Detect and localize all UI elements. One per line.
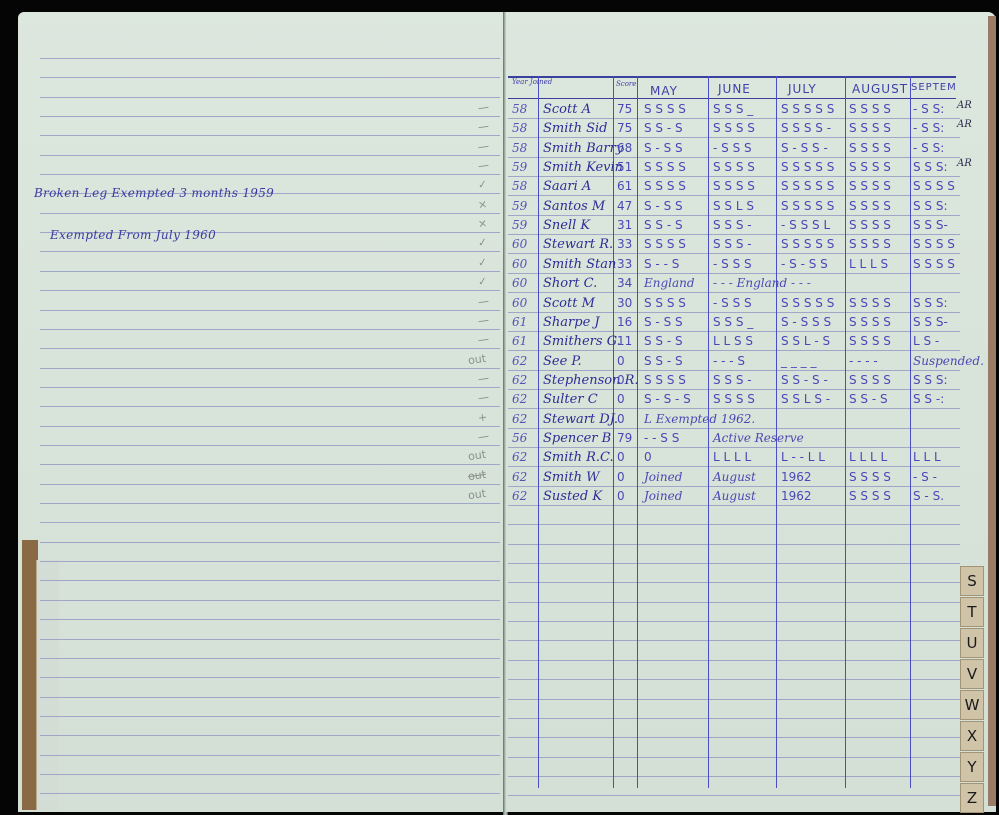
cell-year: 62 — [512, 412, 527, 426]
cell-may: S S S S — [644, 373, 686, 387]
cell-september: Suspended. — [913, 354, 984, 368]
right-page-edge — [988, 16, 996, 806]
rule-line — [40, 310, 500, 311]
rule-line — [508, 640, 960, 641]
cell-july: S S S S S — [781, 199, 834, 213]
cell-july: S S S S S — [781, 179, 834, 193]
cell-score: 11 — [617, 334, 632, 348]
rule-line — [40, 561, 500, 562]
cell-year: 60 — [512, 237, 527, 251]
header-august: AUGUST — [852, 82, 908, 96]
cell-score: 0 — [617, 354, 625, 368]
rule-line — [508, 563, 960, 564]
cell-may: S S - S — [644, 334, 683, 348]
cell-name: Stewart R. — [543, 237, 613, 252]
cell-june: - S S S — [713, 257, 752, 271]
cell-june: S S S _ — [713, 102, 753, 116]
rule-line — [508, 737, 960, 738]
rule-line — [40, 484, 500, 485]
cell-score: 51 — [617, 160, 632, 174]
cell-may: Joined — [644, 470, 682, 484]
cell-september: - S S: — [913, 121, 944, 135]
cell-score: 79 — [617, 431, 632, 445]
cell-name: Scott A — [543, 102, 591, 117]
cell-name: Stewart DJ. — [543, 412, 618, 427]
cell-may: S - S S — [644, 199, 683, 213]
rule-line — [40, 251, 500, 252]
rule-line — [508, 505, 960, 506]
cell-name: Smith Sid — [543, 121, 608, 136]
cell-june: L L S S — [713, 334, 753, 348]
cell-august: S S S S — [849, 315, 891, 329]
cell-score: 33 — [617, 237, 632, 251]
cell-may: S S S S — [644, 102, 686, 116]
cell-august: S S - S — [849, 392, 888, 406]
cell-june: S S S _ — [713, 315, 753, 329]
rule-line — [40, 387, 500, 388]
header-score: Score — [616, 80, 636, 88]
cell-june: S S L S — [713, 199, 754, 213]
cell-may: S S S S — [644, 160, 686, 174]
left-page — [18, 12, 504, 812]
rule-line — [508, 486, 960, 487]
cell-july: 1962 — [781, 489, 812, 503]
margin-mark: — — [477, 100, 490, 114]
rule-line — [40, 135, 500, 136]
rule-line — [40, 697, 500, 698]
cell-score: 47 — [617, 199, 632, 213]
rule-line — [40, 716, 500, 717]
margin-mark: — — [477, 390, 490, 404]
cell-may: - - S S — [644, 431, 679, 445]
rule-line — [40, 290, 500, 291]
rule-line — [40, 580, 500, 581]
rule-line — [40, 735, 500, 736]
cell-may: S - S - S — [644, 392, 691, 406]
cell-september: S S S S — [913, 179, 955, 193]
cell-name: Smith Barry — [543, 141, 623, 156]
header-july: JULY — [788, 82, 817, 96]
header-year-joined: Year Joined — [512, 78, 552, 86]
margin-mark: ✓ — [477, 274, 488, 288]
cell-year: 62 — [512, 450, 527, 464]
margin-mark: out — [467, 487, 487, 502]
cell-september: S S S: — [913, 373, 948, 387]
rule-line — [40, 658, 500, 659]
margin-mark: — — [477, 294, 490, 308]
rule-line — [40, 464, 500, 465]
note-exempted-july: Exempted From July 1960 — [50, 228, 216, 242]
rule-line — [508, 137, 960, 138]
rule-line — [508, 447, 960, 448]
cell-june: S S S S — [713, 179, 755, 193]
margin-mark: — — [477, 158, 490, 172]
cell-july: 1962 — [781, 470, 812, 484]
cell-september: L L L — [913, 450, 941, 464]
cell-july: S S L - S — [781, 334, 830, 348]
cell-may: S S - S — [644, 354, 683, 368]
cell-name: Smith W — [543, 470, 599, 485]
cell-score: 0 — [617, 373, 625, 387]
cell-september: S S S- — [913, 218, 948, 232]
cell-september: S S S: — [913, 296, 948, 310]
cell-name: Sulter C — [543, 392, 598, 407]
cell-score: 16 — [617, 315, 632, 329]
rule-line — [40, 348, 500, 349]
index-tab-v[interactable]: V — [960, 659, 984, 689]
cell-year: 58 — [512, 102, 527, 116]
margin-mark: — — [477, 429, 490, 443]
cell-name: Sharpe J — [543, 315, 600, 330]
rule-line — [508, 176, 960, 177]
cell-name: Scott M — [543, 296, 595, 311]
cell-june: S S S - — [713, 373, 752, 387]
cell-june: S S S S — [713, 392, 755, 406]
rule-line — [508, 253, 960, 254]
cell-year: 59 — [512, 218, 527, 232]
column-line — [910, 76, 911, 788]
rule-line — [40, 677, 500, 678]
rule-line — [40, 774, 500, 775]
rule-line — [508, 215, 960, 216]
cell-june: L L L L — [713, 450, 751, 464]
cell-september: - S S: — [913, 141, 944, 155]
cell-july: S S S S - — [781, 121, 831, 135]
cell-august: S S S S — [849, 160, 891, 174]
cell-september: - S - — [913, 470, 937, 484]
cell-score: 0 — [617, 412, 625, 426]
cell-year: 62 — [512, 373, 527, 387]
cell-july: S S - S - — [781, 373, 828, 387]
margin-mark: ✓ — [477, 177, 488, 191]
rule-line — [508, 312, 960, 313]
index-tab-w[interactable]: W — [960, 690, 984, 720]
rule-line — [508, 602, 960, 603]
cell-august: S S S S — [849, 373, 891, 387]
cell-august: S S S S — [849, 470, 891, 484]
margin-mark: — — [477, 332, 490, 346]
cell-july: S S S S S — [781, 237, 834, 251]
cell-september: S S S S — [913, 257, 955, 271]
cell-september: S S -: — [913, 392, 944, 406]
cell-september: S S S- — [913, 315, 948, 329]
remark-ar: AR — [957, 100, 972, 111]
cell-june: S S S - — [713, 218, 752, 232]
cell-year: 62 — [512, 489, 527, 503]
margin-mark: × — [477, 197, 488, 211]
cell-june: Active Reserve — [713, 431, 804, 445]
rule-line — [40, 155, 500, 156]
cell-score: 0 — [617, 489, 625, 503]
rule-line — [508, 370, 960, 371]
header-september: SEPTEM — [911, 82, 957, 93]
cell-year: 62 — [512, 354, 527, 368]
cell-score: 0 — [617, 450, 625, 464]
cell-year: 62 — [512, 392, 527, 406]
cell-may: Joined — [644, 489, 682, 503]
cell-year: 60 — [512, 276, 527, 290]
margin-mark: — — [477, 119, 490, 133]
cell-year: 61 — [512, 315, 527, 329]
rule-line — [508, 582, 960, 583]
note-broken-leg: Broken Leg Exempted 3 months 1959 — [34, 186, 274, 200]
cell-june: - - - England - - - — [713, 276, 811, 290]
cell-july: S S S S S — [781, 160, 834, 174]
cell-may: England — [644, 276, 695, 290]
rule-line — [40, 368, 500, 369]
cell-year: 60 — [512, 296, 527, 310]
header-may: MAY — [650, 84, 678, 98]
rule-line — [508, 757, 960, 758]
rule-line — [40, 503, 500, 504]
column-line — [708, 76, 709, 788]
cell-score: 0 — [617, 392, 625, 406]
index-tab-t[interactable]: T — [960, 597, 984, 627]
rule-line — [508, 331, 960, 332]
rule-line — [40, 329, 500, 330]
rule-line — [40, 522, 500, 523]
cell-year: 59 — [512, 199, 527, 213]
index-tab-u[interactable]: U — [960, 628, 984, 658]
cell-score: 33 — [617, 257, 632, 271]
rule-line — [508, 292, 960, 293]
cell-may: 0 — [644, 450, 652, 464]
cell-september: S S S: — [913, 199, 948, 213]
cell-july: S - S S - — [781, 141, 828, 155]
cell-name: Smith Stan — [543, 257, 616, 272]
cell-june: - S S S — [713, 141, 752, 155]
cell-year: 58 — [512, 179, 527, 193]
cell-name: Smithers G. — [543, 334, 621, 349]
rule-line — [508, 776, 960, 777]
cell-august: S S S S — [849, 141, 891, 155]
index-tab-z[interactable]: Z — [960, 783, 984, 813]
rule-line — [508, 699, 960, 700]
margin-mark: ✓ — [477, 255, 488, 269]
rule-line — [508, 621, 960, 622]
left-page-inner-strip — [36, 560, 59, 810]
cell-name: Spencer B — [543, 431, 611, 446]
cell-may: S - S S — [644, 141, 683, 155]
cell-name: Snell K — [543, 218, 590, 233]
cell-august: S S S S — [849, 296, 891, 310]
rule-line — [40, 639, 500, 640]
rule-line — [40, 600, 500, 601]
rule-line — [508, 273, 960, 274]
column-line — [845, 76, 846, 788]
cell-september: S - S. — [913, 489, 944, 503]
rule-line — [40, 174, 500, 175]
cell-name: Short C. — [543, 276, 597, 291]
cell-september: - S S: — [913, 102, 944, 116]
rule-line — [508, 118, 960, 119]
cell-september: S S S: — [913, 160, 948, 174]
cell-june: S S S - — [713, 237, 752, 251]
rule-line — [40, 542, 500, 543]
cell-september: S S S S — [913, 237, 955, 251]
cell-may: S S - S — [644, 218, 683, 232]
cell-may: S - - S — [644, 257, 679, 271]
cell-name: Santos M — [543, 199, 605, 214]
remark-ar: AR — [957, 158, 972, 169]
rule-line — [508, 408, 960, 409]
cell-june: August — [713, 489, 756, 503]
cell-august: S S S S — [849, 489, 891, 503]
rule-line — [508, 466, 960, 467]
cell-may: S S S S — [644, 237, 686, 251]
cell-score: 75 — [617, 102, 632, 116]
column-line — [613, 76, 614, 788]
margin-mark: — — [477, 313, 490, 327]
margin-mark: — — [477, 139, 490, 153]
cell-name: Smith Kevin — [543, 160, 623, 175]
cell-july: S S S S S — [781, 102, 834, 116]
cell-august: S S S S — [849, 179, 891, 193]
rule-line — [508, 679, 960, 680]
cell-year: 61 — [512, 334, 527, 348]
rule-line — [508, 795, 960, 796]
cell-may: L Exempted 1962. — [644, 412, 755, 426]
cell-june: - - - S — [713, 354, 745, 368]
remark-ar: AR — [957, 119, 972, 130]
cell-year: 62 — [512, 470, 527, 484]
cell-name: Saari A — [543, 179, 591, 194]
cell-name: Susted K — [543, 489, 602, 504]
rule-line — [40, 58, 500, 59]
rule-line — [508, 195, 960, 196]
cell-july: S S S S S — [781, 296, 834, 310]
rule-line — [40, 116, 500, 117]
cell-july: - S S S L — [781, 218, 830, 232]
cell-score: 34 — [617, 276, 632, 290]
cell-may: S S S S — [644, 179, 686, 193]
cell-june: - S S S — [713, 296, 752, 310]
cell-september: L S - — [913, 334, 939, 348]
margin-mark: — — [477, 371, 490, 385]
cell-july: L - - L L — [781, 450, 825, 464]
rule-line — [508, 389, 960, 390]
cell-august: S S S S — [849, 102, 891, 116]
margin-mark: × — [477, 216, 488, 230]
cell-year: 59 — [512, 160, 527, 174]
margin-mark: + — [477, 410, 488, 424]
cell-june: August — [713, 470, 756, 484]
cell-june: S S S S — [713, 160, 755, 174]
rule-line — [508, 544, 960, 545]
cell-year: 58 — [512, 141, 527, 155]
rule-line — [40, 619, 500, 620]
cell-august: L L L L — [849, 450, 887, 464]
cell-july: - S - S S — [781, 257, 828, 271]
rule-line — [508, 157, 960, 158]
rule-line — [40, 77, 500, 78]
cell-may: S - S S — [644, 315, 683, 329]
index-tab-y[interactable]: Y — [960, 752, 984, 782]
header-bottom-line — [508, 98, 956, 99]
cell-august: S S S S — [849, 237, 891, 251]
cell-august: S S S S — [849, 121, 891, 135]
rule-line — [40, 793, 500, 794]
margin-mark: out — [467, 352, 487, 367]
cell-may: S S - S — [644, 121, 683, 135]
cell-august: S S S S — [849, 199, 891, 213]
rule-line — [40, 213, 500, 214]
rule-line — [508, 428, 960, 429]
rule-line — [40, 426, 500, 427]
index-tab-x[interactable]: X — [960, 721, 984, 751]
cell-july: S S L S - — [781, 392, 830, 406]
rule-line — [508, 234, 960, 235]
column-line — [637, 76, 638, 788]
cell-may: S S S S — [644, 296, 686, 310]
rule-line — [40, 445, 500, 446]
rule-line — [40, 406, 500, 407]
cell-august: S S S S — [849, 334, 891, 348]
rule-line — [40, 755, 500, 756]
header-top-line — [508, 76, 956, 78]
cell-score: 61 — [617, 179, 632, 193]
rule-line — [508, 660, 960, 661]
margin-mark: out — [467, 468, 487, 483]
rule-line — [40, 97, 500, 98]
cell-year: 60 — [512, 257, 527, 271]
rule-line — [508, 718, 960, 719]
cell-score: 0 — [617, 470, 625, 484]
rule-line — [40, 271, 500, 272]
cell-name: See P. — [543, 354, 582, 369]
cell-august: S S S S — [849, 218, 891, 232]
cell-year: 58 — [512, 121, 527, 135]
cell-august: L L L S — [849, 257, 888, 271]
cell-july: S - S S S — [781, 315, 831, 329]
header-june: JUNE — [718, 82, 751, 96]
cell-july: _ _ _ _ — [781, 354, 816, 368]
cell-score: 30 — [617, 296, 632, 310]
cell-year: 56 — [512, 431, 527, 445]
rule-line — [508, 350, 960, 351]
cell-name: Smith R.C. — [543, 450, 614, 465]
cell-august: - - - - — [849, 354, 878, 368]
cell-score: 31 — [617, 218, 632, 232]
cell-score: 75 — [617, 121, 632, 135]
rule-line — [508, 524, 960, 525]
cell-june: S S S S — [713, 121, 755, 135]
margin-mark: ✓ — [477, 235, 488, 249]
index-tab-s[interactable]: S — [960, 566, 984, 596]
margin-mark: out — [467, 448, 487, 463]
column-line — [538, 76, 539, 788]
cell-score: 68 — [617, 141, 632, 155]
